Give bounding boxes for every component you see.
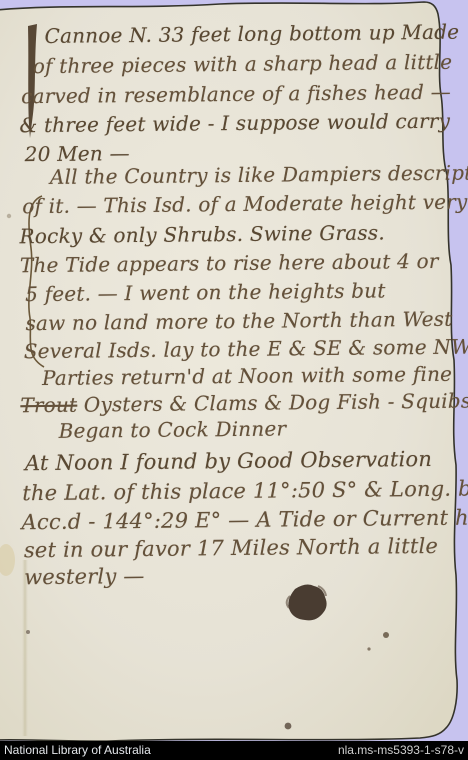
handwriting-line: All the Country is like Dampiers descrip…	[50, 160, 468, 188]
handwriting-line: Rocky & only Shrubs. Swine Grass.	[19, 220, 384, 248]
handwriting-line-text: Oysters & Clams & Dog Fish - Squibs.	[77, 388, 468, 416]
handwriting-line: westerly —	[24, 564, 145, 589]
handwriting-line: of it. — This Isd. of a Moderate height …	[22, 190, 467, 219]
library-name-label: National Library of Australia	[0, 741, 155, 760]
handwriting-line: Several Isds. lay to the E & SE & some N…	[24, 335, 468, 364]
handwriting-line: carved in resemblance of a fishes head —	[21, 80, 451, 108]
struck-word: Trout	[20, 393, 77, 418]
handwriting-layer: Cannoe N. 33 feet long bottom up Made of…	[0, 0, 468, 740]
handwriting-line: Parties return'd at Noon with some fine	[42, 362, 452, 390]
handwriting-line: Cannoe N. 33 feet long bottom up Made	[44, 20, 459, 48]
handwriting-line: & three feet wide - I suppose would carr…	[19, 109, 450, 138]
handwriting-line: set in our favor 17 Miles North a little	[24, 534, 438, 562]
handwriting-line: At Noon I found by Good Observation	[25, 447, 432, 475]
handwriting-line: the Lat. of this place 11°:50 S° & Long.…	[22, 476, 468, 505]
catalog-id-label: nla.ms-ms5393-1-s78-v	[334, 741, 468, 760]
handwriting-line: Trout Oysters & Clams & Dog Fish - Squib…	[20, 388, 468, 417]
handwriting-line: 20 Men —	[25, 141, 130, 166]
handwriting-line: of three pieces with a sharp head a litt…	[33, 50, 453, 78]
handwriting-line: The Tide appears to rise here about 4 or	[20, 249, 439, 277]
handwriting-line: saw no land more to the North than West	[25, 307, 452, 335]
handwriting-line: 5 feet. — I went on the heights but	[25, 278, 386, 306]
handwriting-line: Acc.d - 144°:29 E° — A Tide or Current h…	[21, 505, 468, 534]
footer-bar: National Library of Australia nla.ms-ms5…	[0, 741, 468, 760]
scan-viewport: Cannoe N. 33 feet long bottom up Made of…	[0, 0, 468, 760]
handwriting-line: Began to Cock Dinner	[59, 416, 287, 442]
